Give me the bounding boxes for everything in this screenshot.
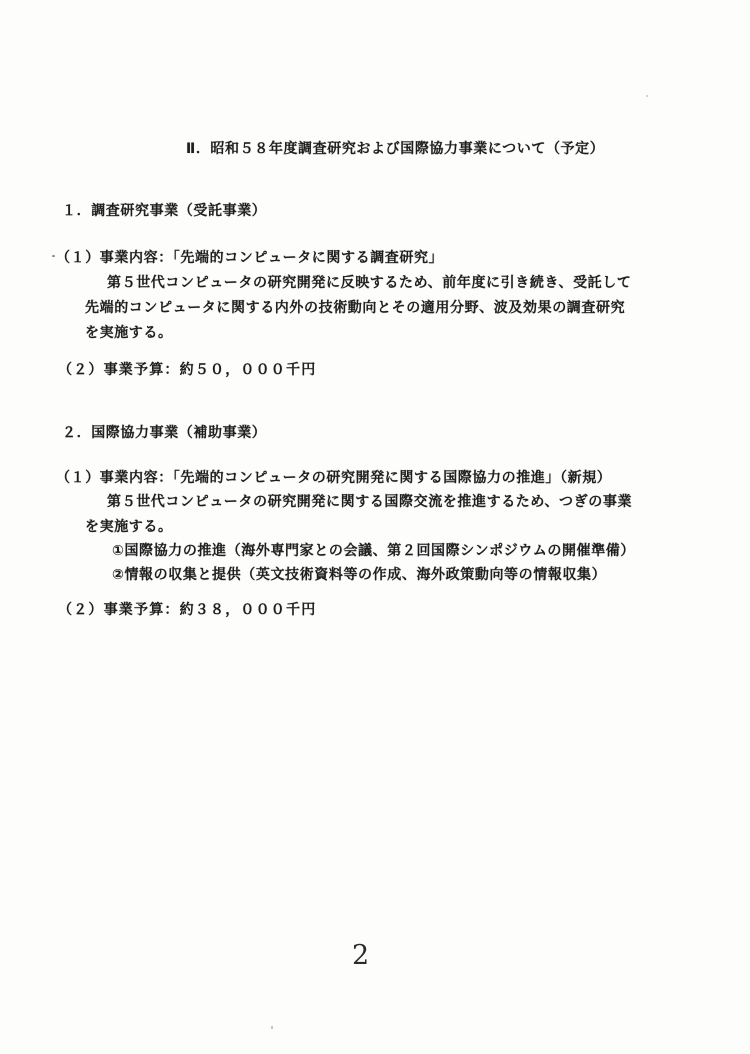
document-page: Ⅱ．昭和５８年度調査研究および国際協力事業について（予定） １．調査研究事業（受… [0,0,750,1054]
section-2-item-1-label: （１）事業内容：「先端的コンピュータの研究開発に関する国際協力の推進」（新規） [56,467,611,487]
section-1-body-line-1: 第５世代コンピュータの研究開発に反映するため、前年度に引き続き、受託して [107,272,631,292]
section-2-body-line-2: を実施する。 [85,516,173,536]
document-title: Ⅱ．昭和５８年度調査研究および国際協力事業について（予定） [186,138,604,158]
scan-speckle [52,255,55,257]
section-2-sub-item-1: ①国際協力の推進（海外専門家との会議、第２回国際シンポジウムの開催準備） [112,540,635,560]
section-2-heading: ２．国際協力事業（補助事業） [62,422,266,442]
scan-speckle [271,1026,273,1029]
page-number: 2 [352,940,369,971]
section-1-body-line-3: を実施する。 [85,322,173,342]
section-1-body-line-2: 先端的コンピュータに関する内外の技術動向とその適用分野、波及効果の調査研究 [85,297,625,317]
section-1-item-2-label: （２）事業予算：約５０，０００千円 [58,359,316,379]
section-2-sub-item-2: ②情報の収集と提供（英文技術資料等の作成、海外政策動向等の情報収集） [112,564,606,584]
section-2-body-line-1: 第５世代コンピュータの研究開発に関する国際交流を推進するため、つぎの事業 [107,491,632,511]
section-1-heading: １．調査研究事業（受託事業） [62,200,266,220]
scan-speckle [646,95,648,97]
section-2-item-2-label: （２）事業予算：約３８，０００千円 [58,599,316,619]
section-1-item-1-label: （１）事業内容：「先端的コンピュータに関する調査研究」 [56,247,443,267]
